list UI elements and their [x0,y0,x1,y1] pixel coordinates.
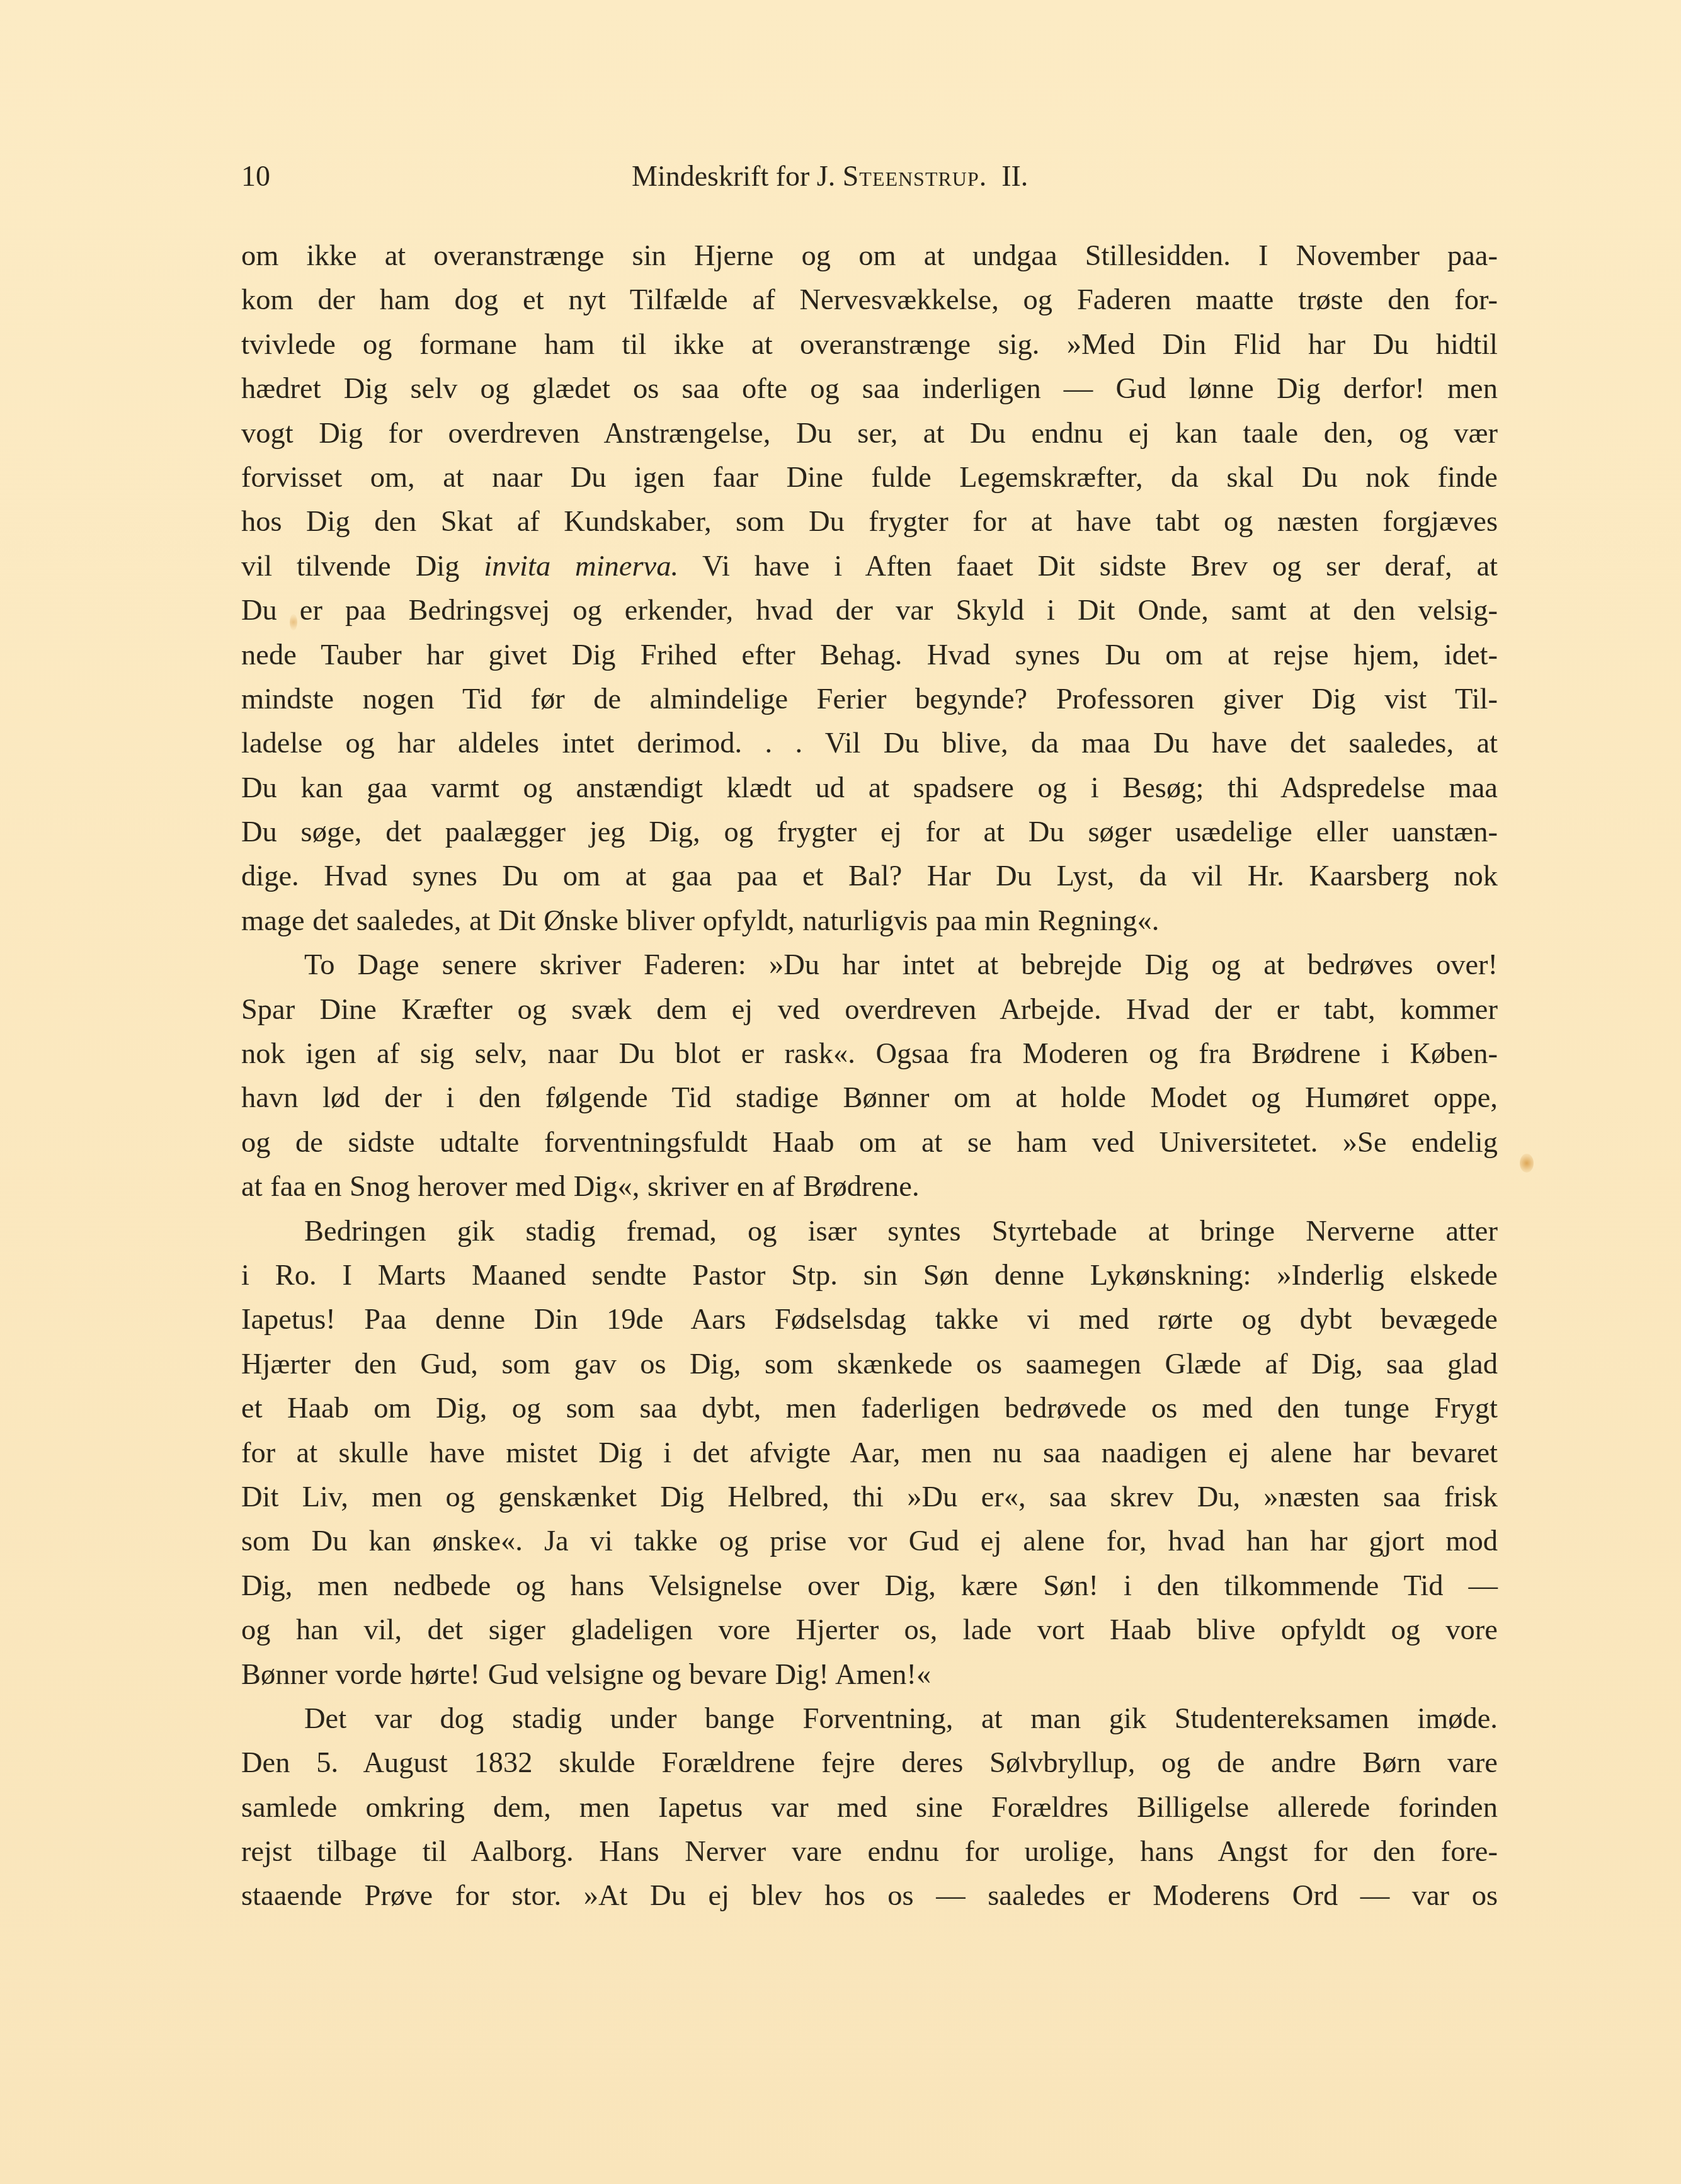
text-line: Iapetus! Paa denne Din 19de Aars Fødsels… [241,1298,1498,1342]
text-line: nede Tauber har givet Dig Frihed efter B… [241,634,1498,678]
text-line: Det var dog stadig under bange Forventni… [241,1697,1498,1741]
text-line: samlede omkring dem, men Iapetus var med… [241,1786,1498,1830]
text-line: Hjærter den Gud, som gav os Dig, som skæ… [241,1343,1498,1387]
text-line: To Dage senere skriver Faderen: »Du har … [241,943,1498,987]
body-text: om ikke at overanstrænge sin Hjerne og o… [241,234,1498,1919]
text-line: vil tilvende Dig invita minerva. Vi have… [241,545,1498,589]
text-line: kom der ham dog et nyt Tilfælde af Nerve… [241,278,1498,322]
text-line: Spar Dine Kræfter og svæk dem ej ved ove… [241,988,1498,1032]
text-line: staaende Prøve for stor. »At Du ej blev … [241,1874,1498,1918]
text-line: i Ro. I Marts Maaned sendte Pastor Stp. … [241,1254,1498,1298]
text-line: at faa en Snog herover med Dig«, skriver… [241,1165,1498,1209]
text-line: som Du kan ønske«. Ja vi takke og prise … [241,1520,1498,1564]
text-line: forvisset om, at naar Du igen faar Dine … [241,456,1498,500]
paper-stain-spot [1520,1154,1534,1173]
text-line: vogt Dig for overdreven Anstrængelse, Du… [241,412,1498,456]
text-line: Du er paa Bedringsvej og erkender, hvad … [241,589,1498,633]
text-line: om ikke at overanstrænge sin Hjerne og o… [241,234,1498,278]
text-line: Bønner vorde hørte! Gud velsigne og beva… [241,1653,1498,1697]
text-run: vil tilvende Dig [241,550,484,583]
text-line: mage det saaledes, at Dit Ønske bliver o… [241,899,1498,943]
text-line: og han vil, det siger gladeligen vore Hj… [241,1608,1498,1652]
text-line: dige. Hvad synes Du om at gaa paa et Bal… [241,855,1498,899]
text-line: ladelse og har aldeles intet derimod. . … [241,722,1498,766]
italic-phrase: invita minerva. [484,550,678,583]
paper-stain-spot [290,614,297,630]
running-title-volume: II. [1001,160,1028,192]
text-line: hædret Dig selv og glædet os saa ofte og… [241,367,1498,411]
text-line: tvivlede og formane ham til ikke at over… [241,323,1498,367]
text-run: Vi have i Aften faaet Dit sidste Brev og… [678,550,1498,583]
text-line: havn lød der i den følgende Tid stadige … [241,1076,1498,1120]
text-line: Dit Liv, men og genskænket Dig Helbred, … [241,1476,1498,1520]
text-line: for at skulle have mistet Dig i det afvi… [241,1431,1498,1476]
text-line: Dig, men nedbede og hans Velsignelse ove… [241,1564,1498,1608]
text-line: Den 5. August 1832 skulde Forældrene fej… [241,1741,1498,1785]
running-title-author: Steenstrup. [843,160,987,192]
page-number: 10 [241,157,270,195]
text-line: rejst tilbage til Aalborg. Hans Nerver v… [241,1830,1498,1874]
running-title: Mindeskrift for J. Steenstrup. II. [632,157,1028,195]
text-line: nok igen af sig selv, naar Du blot er ra… [241,1032,1498,1076]
text-line: mindste nogen Tid før de almindelige Fer… [241,678,1498,722]
text-line: Bedringen gik stadig fremad, og især syn… [241,1210,1498,1254]
text-line: og de sidste udtalte forventningsfuldt H… [241,1121,1498,1165]
page-header: 10 Mindeskrift for J. Steenstrup. II. [241,157,1498,195]
text-line: hos Dig den Skat af Kundskaber, som Du f… [241,500,1498,544]
running-title-prefix: Mindeskrift for J. [632,160,835,192]
text-line: Du kan gaa varmt og anstændigt klædt ud … [241,766,1498,810]
text-line: Du søge, det paalægger jeg Dig, og frygt… [241,810,1498,855]
text-line: et Haab om Dig, og som saa dybt, men fad… [241,1387,1498,1431]
